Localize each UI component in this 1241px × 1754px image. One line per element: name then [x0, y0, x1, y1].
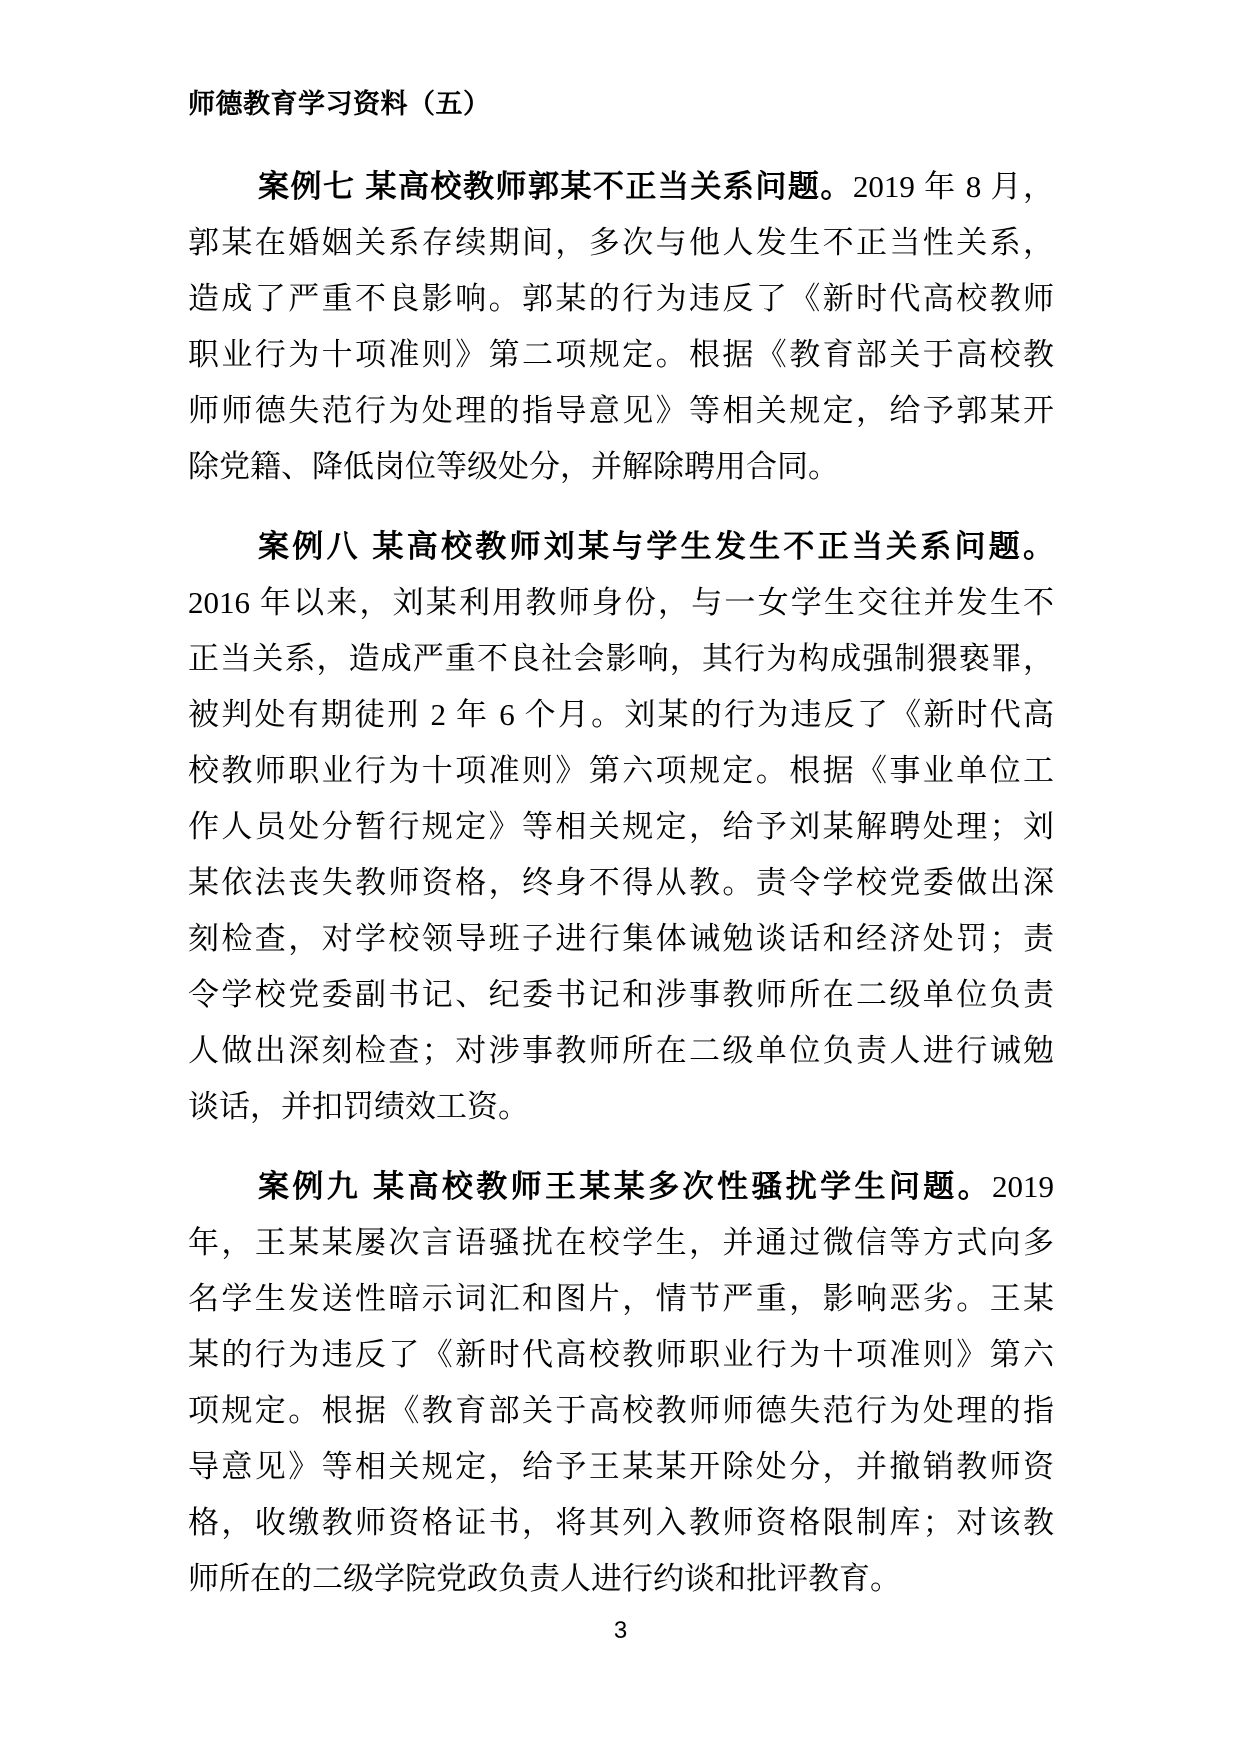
body-text: 造成了严重不良影响。郭某的行为违反了《新时代高校教师 [188, 281, 1054, 316]
body-text: 正当关系，造成严重不良社会影响，其行为构成强制猥亵罪， [188, 641, 1054, 676]
text-line: 职业行为十项准则》第二项规定。根据《教育部关于高校教 [188, 327, 1054, 383]
document-page: 师德教育学习资料（五） 案例七 某高校教师郭某不正当关系问题。2019 年 8 … [0, 0, 1241, 1754]
document-header: 师德教育学习资料（五） [188, 88, 491, 120]
body-text: 作人员处分暂行规定》等相关规定，给予刘某解聘处理；刘 [188, 809, 1054, 844]
text-line: 师所在的二级学院党政负责人进行约谈和批评教育。 [188, 1551, 1054, 1607]
text-line: 谈话，并扣罚绩效工资。 [188, 1079, 1054, 1135]
text-line: 造成了严重不良影响。郭某的行为违反了《新时代高校教师 [188, 271, 1054, 327]
case-heading-text: 案例九 某高校教师王某某多次性骚扰学生问题。 [258, 1169, 992, 1204]
text-line: 项规定。根据《教育部关于高校教师师德失范行为处理的指 [188, 1383, 1054, 1439]
text-line: 令学校党委副书记、纪委书记和涉事教师所在二级单位负责 [188, 967, 1054, 1023]
document-body: 案例七 某高校教师郭某不正当关系问题。2019 年 8 月，郭某在婚姻关系存续期… [188, 159, 1054, 1607]
body-text: 名学生发送性暗示词汇和图片，情节严重，影响恶劣。王某 [188, 1281, 1054, 1316]
body-text: 2019 年 8 月， [853, 169, 1054, 204]
body-text: 除党籍、降低岗位等级处分，并解除聘用合同。 [188, 449, 839, 484]
body-text: 2019 [992, 1169, 1054, 1204]
text-line: 名学生发送性暗示词汇和图片，情节严重，影响恶劣。王某 [188, 1271, 1054, 1327]
body-text: 职业行为十项准则》第二项规定。根据《教育部关于高校教 [188, 337, 1054, 372]
text-line: 某依法丧失教师资格，终身不得从教。责令学校党委做出深 [188, 855, 1054, 911]
page-number: 3 [0, 1616, 1241, 1646]
text-line: 被判处有期徒刑 2 年 6 个月。刘某的行为违反了《新时代高 [188, 687, 1054, 743]
text-line: 作人员处分暂行规定》等相关规定，给予刘某解聘处理；刘 [188, 799, 1054, 855]
body-text: 年，王某某屡次言语骚扰在校学生，并通过微信等方式向多 [188, 1225, 1054, 1260]
text-line: 郭某在婚姻关系存续期间，多次与他人发生不正当性关系， [188, 215, 1054, 271]
body-text: 郭某在婚姻关系存续期间，多次与他人发生不正当性关系， [188, 225, 1054, 260]
body-text: 谈话，并扣罚绩效工资。 [188, 1089, 529, 1124]
body-text: 师师德失范行为处理的指导意见》等相关规定，给予郭某开 [188, 393, 1054, 428]
text-line: 案例八 某高校教师刘某与学生发生不正当关系问题。 [188, 519, 1054, 575]
body-text: 人做出深刻检查；对涉事教师所在二级单位负责人进行诫勉 [188, 1033, 1054, 1068]
text-line: 人做出深刻检查；对涉事教师所在二级单位负责人进行诫勉 [188, 1023, 1054, 1079]
text-line: 正当关系，造成严重不良社会影响，其行为构成强制猥亵罪， [188, 631, 1054, 687]
body-text: 被判处有期徒刑 2 年 6 个月。刘某的行为违反了《新时代高 [188, 697, 1054, 732]
text-line: 师师德失范行为处理的指导意见》等相关规定，给予郭某开 [188, 383, 1054, 439]
body-text: 师所在的二级学院党政负责人进行约谈和批评教育。 [188, 1561, 901, 1596]
body-text: 导意见》等相关规定，给予王某某开除处分，并撤销教师资 [188, 1449, 1054, 1484]
text-line: 校教师职业行为十项准则》第六项规定。根据《事业单位工 [188, 743, 1054, 799]
text-line: 除党籍、降低岗位等级处分，并解除聘用合同。 [188, 439, 1054, 495]
body-text: 格，收缴教师资格证书，将其列入教师资格限制库；对该教 [188, 1505, 1054, 1540]
text-line: 2016 年以来，刘某利用教师身份，与一女学生交往并发生不 [188, 575, 1054, 631]
body-text: 令学校党委副书记、纪委书记和涉事教师所在二级单位负责 [188, 977, 1054, 1012]
text-line: 年，王某某屡次言语骚扰在校学生，并通过微信等方式向多 [188, 1215, 1054, 1271]
text-line: 格，收缴教师资格证书，将其列入教师资格限制库；对该教 [188, 1495, 1054, 1551]
case-heading-text: 案例八 某高校教师刘某与学生发生不正当关系问题。 [258, 529, 1054, 564]
text-line: 某的行为违反了《新时代高校教师职业行为十项准则》第六 [188, 1327, 1054, 1383]
text-line: 案例九 某高校教师王某某多次性骚扰学生问题。2019 [188, 1159, 1054, 1215]
text-line: 导意见》等相关规定，给予王某某开除处分，并撤销教师资 [188, 1439, 1054, 1495]
text-line: 案例七 某高校教师郭某不正当关系问题。2019 年 8 月， [188, 159, 1054, 215]
case-heading-text: 案例七 某高校教师郭某不正当关系问题。 [258, 169, 853, 204]
text-line: 刻检查，对学校领导班子进行集体诫勉谈话和经济处罚；责 [188, 911, 1054, 967]
paragraph-case-7: 案例七 某高校教师郭某不正当关系问题。2019 年 8 月，郭某在婚姻关系存续期… [188, 159, 1054, 495]
body-text: 刻检查，对学校领导班子进行集体诫勉谈话和经济处罚；责 [188, 921, 1054, 956]
body-text: 校教师职业行为十项准则》第六项规定。根据《事业单位工 [188, 753, 1054, 788]
paragraph-case-8: 案例八 某高校教师刘某与学生发生不正当关系问题。2016 年以来，刘某利用教师身… [188, 519, 1054, 1135]
paragraph-case-9: 案例九 某高校教师王某某多次性骚扰学生问题。2019年，王某某屡次言语骚扰在校学… [188, 1159, 1054, 1607]
body-text: 2016 年以来，刘某利用教师身份，与一女学生交往并发生不 [188, 585, 1054, 620]
body-text: 项规定。根据《教育部关于高校教师师德失范行为处理的指 [188, 1393, 1054, 1428]
body-text: 某依法丧失教师资格，终身不得从教。责令学校党委做出深 [188, 865, 1054, 900]
body-text: 某的行为违反了《新时代高校教师职业行为十项准则》第六 [188, 1337, 1054, 1372]
